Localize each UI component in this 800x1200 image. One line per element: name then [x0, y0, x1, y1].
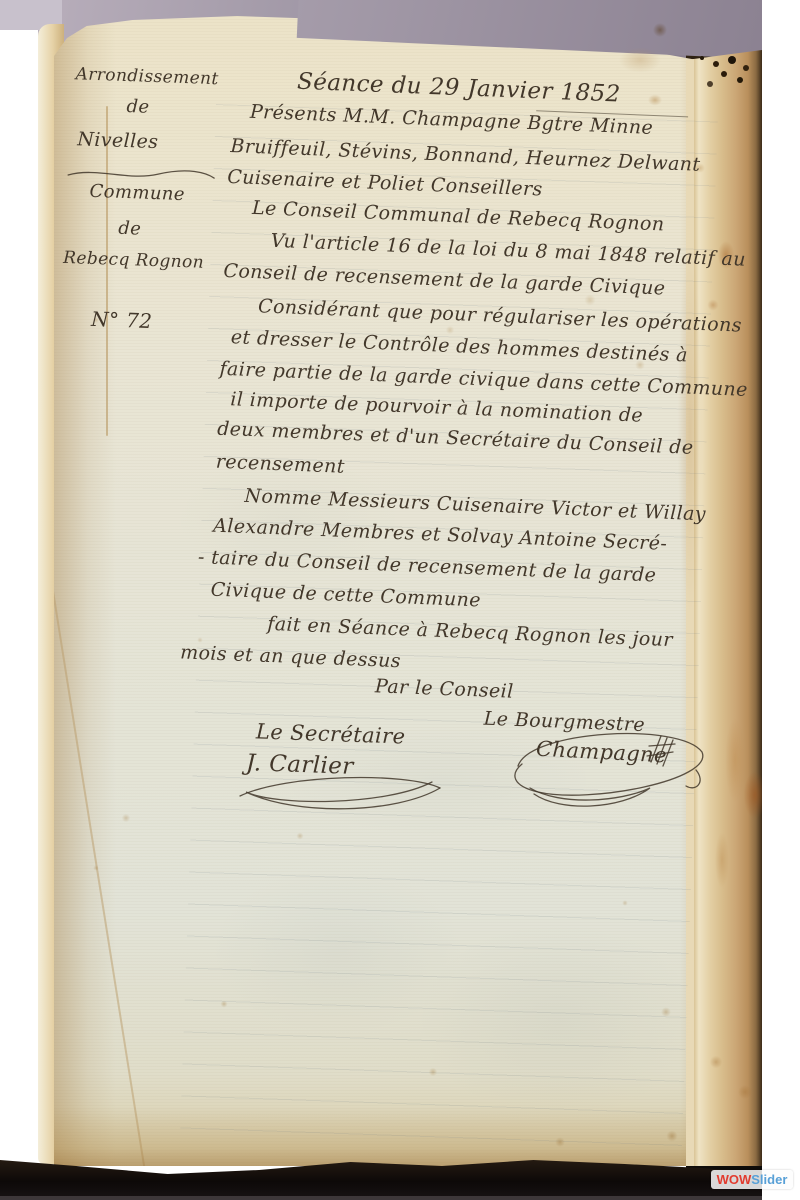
session-heading: Séance du 29 Janvier 1852 — [297, 69, 621, 108]
margin-note-commune: Commune — [89, 181, 185, 205]
right-white-margin — [762, 0, 800, 1200]
margin-note-de-1: de — [126, 96, 150, 118]
body-line-17: mois et an que dessus — [180, 641, 402, 672]
margin-note-nivelles: Nivelles — [77, 128, 159, 153]
body-line-11: recensement — [215, 451, 345, 478]
body-line-16: fait en Séance à Rebecq Rognon les jour — [267, 613, 673, 651]
secretary-signature-flourish — [236, 762, 446, 818]
paraph-icon — [645, 734, 681, 770]
edge-debris-specks — [700, 56, 704, 60]
wowslider-watermark: WOWSlider — [711, 1170, 793, 1189]
margin-note-de-2: de — [118, 218, 142, 240]
margin-note-arrondissement: Arrondissement — [75, 64, 219, 89]
margin-note-numero: N° 72 — [91, 307, 153, 333]
main-text-column: Séance du 29 Janvier 1852 Présents M.M. … — [204, 60, 762, 781]
closing-par-le-conseil: Par le Conseil — [375, 675, 514, 703]
body-line-15: Civique de cette Commune — [210, 579, 481, 612]
photo-canvas: Arrondissement de Nivelles Commune de Re… — [0, 0, 800, 1200]
margin-note-rebecq-rognon: Rebecq Rognon — [63, 248, 204, 273]
body-line-3: Le Conseil Communal de Rebecq Rognon — [252, 197, 665, 236]
body-line-2: Cuisenaire et Poliet Conseillers — [227, 166, 543, 201]
watermark-slider-text: Slider — [751, 1172, 787, 1187]
watermark-wow-text: WOW — [717, 1172, 752, 1187]
body-line-5: Conseil de recensement de la garde Civiq… — [223, 260, 666, 300]
bottom-edge-strip — [0, 1196, 762, 1200]
